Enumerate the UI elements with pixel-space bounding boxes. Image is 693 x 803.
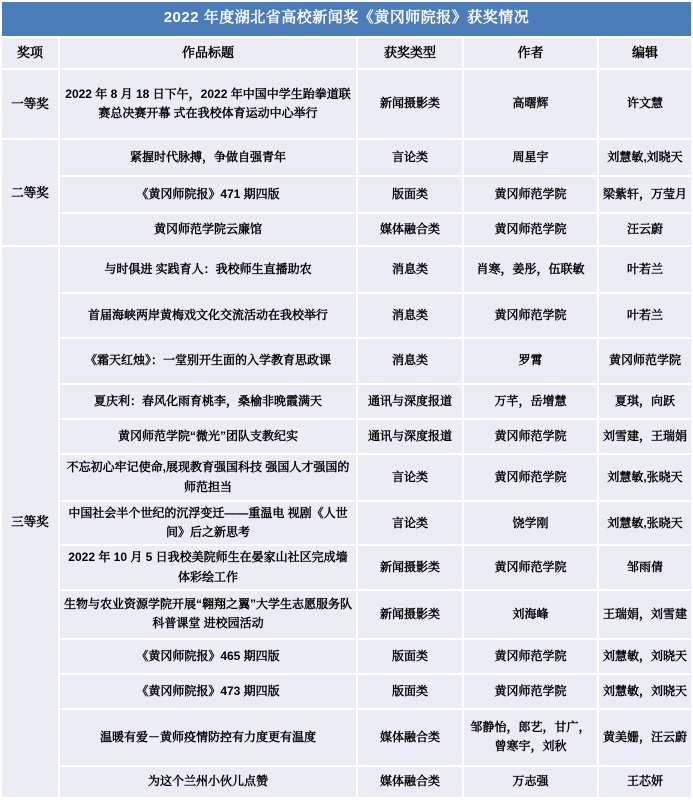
work-title-cell: 夏庆利：春风化雨育桃李，桑榆非晚霞满天 <box>60 385 356 418</box>
work-title-cell: 《霜天红烛》：一堂别开生面的入学教育思政课 <box>60 339 356 383</box>
award-type-cell: 言论类 <box>358 502 462 544</box>
award-type-cell: 版面类 <box>358 177 462 212</box>
col-header-title: 作品标题 <box>60 38 356 68</box>
table-row: 中国社会半个世纪的沉浮变迁——重温电 视剧《人世间》后之新思考言论类饶学刚刘慧敏… <box>2 502 691 544</box>
awards-table: 奖项 作品标题 获奖类型 作者 编辑 一等奖2022 年 8 月 18 日下午，… <box>0 36 693 799</box>
work-title-cell: 中国社会半个世纪的沉浮变迁——重温电 视剧《人世间》后之新思考 <box>60 502 356 544</box>
award-type-cell: 言论类 <box>358 455 462 500</box>
table-row: 黄冈师范学院云廉馆媒体融合类黄冈师范学院汪云蔚 <box>2 214 691 245</box>
author-cell: 邹静怡，郎艺，甘广，曾寒宇，刘秋 <box>464 710 597 765</box>
award-group-cell: 一等奖 <box>2 70 58 138</box>
author-cell: 黄冈师范学院 <box>464 675 597 708</box>
editor-cell: 刘慧敏,张晓天 <box>599 502 691 544</box>
work-title-cell: 2022 年 8 月 18 日下午，2022 年中国中学生跆拳道联赛总决赛开幕 … <box>60 70 356 138</box>
award-type-cell: 通讯与深度报道 <box>358 385 462 418</box>
author-cell: 刘海峰 <box>464 591 597 638</box>
award-group-cell: 三等奖 <box>2 247 58 797</box>
editor-cell: 汪云蔚 <box>599 214 691 245</box>
table-title: 2022 年度湖北省高校新闻奖《黄冈师院报》获奖情况 <box>2 2 691 36</box>
author-cell: 肖寒，姜彤，伍联敏 <box>464 247 597 292</box>
table-row: 温暖有爱－黄师疫情防控有力度更有温度媒体融合类邹静怡，郎艺，甘广，曾寒宇，刘秋黄… <box>2 710 691 765</box>
work-title-cell: 2022 年 10 月 5 日我校美院师生在晏家山社区完成墙体彩绘工作 <box>60 546 356 588</box>
table-row: 首届海峡两岸黄梅戏文化交流活动在我校举行消息类黄冈师范学院叶若兰 <box>2 294 691 337</box>
work-title-cell: 生物与农业资源学院开展“翱翔之翼”大学生志愿服务队科普课堂 进校园活动 <box>60 591 356 638</box>
editor-cell: 刘慧敏，刘晓天 <box>599 640 691 673</box>
work-title-cell: 《黄冈师院报》465 期四版 <box>60 640 356 673</box>
work-title-cell: 《黄冈师院报》473 期四版 <box>60 675 356 708</box>
award-type-cell: 消息类 <box>358 339 462 383</box>
work-title-cell: 首届海峡两岸黄梅戏文化交流活动在我校举行 <box>60 294 356 337</box>
author-cell: 饶学刚 <box>464 502 597 544</box>
award-type-cell: 新闻摄影类 <box>358 70 462 138</box>
author-cell: 黄冈师范学院 <box>464 177 597 212</box>
work-title-cell: 黄冈师范学院“微光”团队支教纪实 <box>60 420 356 453</box>
table-row: 一等奖2022 年 8 月 18 日下午，2022 年中国中学生跆拳道联赛总决赛… <box>2 70 691 138</box>
editor-cell: 刘慧敏,刘晓天 <box>599 140 691 175</box>
editor-cell: 梁紫轩，万莹月 <box>599 177 691 212</box>
editor-cell: 王瑞娟，刘雪建 <box>599 591 691 638</box>
table-row: 为这个兰州小伙儿点赞媒体融合类万志强王芯妍 <box>2 767 691 797</box>
header-row: 奖项 作品标题 获奖类型 作者 编辑 <box>2 38 691 68</box>
award-type-cell: 媒体融合类 <box>358 767 462 797</box>
award-type-cell: 版面类 <box>358 675 462 708</box>
editor-cell: 夏琪，向跃 <box>599 385 691 418</box>
award-type-cell: 消息类 <box>358 294 462 337</box>
author-cell: 黄冈师范学院 <box>464 214 597 245</box>
editor-cell: 王芯妍 <box>599 767 691 797</box>
award-type-cell: 通讯与深度报道 <box>358 420 462 453</box>
table-row: 《黄冈师院报》471 期四版版面类黄冈师范学院梁紫轩，万莹月 <box>2 177 691 212</box>
table-row: 夏庆利：春风化雨育桃李，桑榆非晚霞满天通讯与深度报道万芊，岳增慧夏琪，向跃 <box>2 385 691 418</box>
work-title-cell: 温暖有爱－黄师疫情防控有力度更有温度 <box>60 710 356 765</box>
author-cell: 万志强 <box>464 767 597 797</box>
table-row: 2022 年 10 月 5 日我校美院师生在晏家山社区完成墙体彩绘工作新闻摄影类… <box>2 546 691 588</box>
col-header-author: 作者 <box>464 38 597 68</box>
work-title-cell: 与时俱进 实践育人：我校师生直播助农 <box>60 247 356 292</box>
author-cell: 周星宇 <box>464 140 597 175</box>
award-type-cell: 媒体融合类 <box>358 214 462 245</box>
work-title-cell: 《黄冈师院报》471 期四版 <box>60 177 356 212</box>
page: 2022 年度湖北省高校新闻奖《黄冈师院报》获奖情况 奖项 作品标题 获奖类型 … <box>0 2 693 799</box>
work-title-cell: 为这个兰州小伙儿点赞 <box>60 767 356 797</box>
table-row: 二等奖紧握时代脉搏，争做自强青年言论类周星宇刘慧敏,刘晓天 <box>2 140 691 175</box>
editor-cell: 黄美姗，汪云蔚 <box>599 710 691 765</box>
award-type-cell: 媒体融合类 <box>358 710 462 765</box>
col-header-type: 获奖类型 <box>358 38 462 68</box>
table-row: 生物与农业资源学院开展“翱翔之翼”大学生志愿服务队科普课堂 进校园活动新闻摄影类… <box>2 591 691 638</box>
award-group-cell: 二等奖 <box>2 140 58 245</box>
editor-cell: 刘雪建，王瑞娟 <box>599 420 691 453</box>
award-type-cell: 版面类 <box>358 640 462 673</box>
editor-cell: 许文慧 <box>599 70 691 138</box>
author-cell: 黄冈师范学院 <box>464 294 597 337</box>
editor-cell: 叶若兰 <box>599 247 691 292</box>
table-row: 《黄冈师院报》473 期四版版面类黄冈师范学院刘慧敏，刘晓天 <box>2 675 691 708</box>
table-row: 《黄冈师院报》465 期四版版面类黄冈师范学院刘慧敏，刘晓天 <box>2 640 691 673</box>
work-title-cell: 黄冈师范学院云廉馆 <box>60 214 356 245</box>
editor-cell: 刘慧敏,张晓天 <box>599 455 691 500</box>
author-cell: 高曙辉 <box>464 70 597 138</box>
award-type-cell: 消息类 <box>358 247 462 292</box>
author-cell: 黄冈师范学院 <box>464 546 597 588</box>
award-type-cell: 新闻摄影类 <box>358 591 462 638</box>
work-title-cell: 紧握时代脉搏，争做自强青年 <box>60 140 356 175</box>
author-cell: 万芊，岳增慧 <box>464 385 597 418</box>
author-cell: 黄冈师范学院 <box>464 640 597 673</box>
award-type-cell: 言论类 <box>358 140 462 175</box>
col-header-editor: 编辑 <box>599 38 691 68</box>
work-title-cell: 不忘初心牢记使命,展现教育强国科技 强国人才强国的师范担当 <box>60 455 356 500</box>
col-header-award: 奖项 <box>2 38 58 68</box>
table-row: 黄冈师范学院“微光”团队支教纪实通讯与深度报道黄冈师范学院刘雪建，王瑞娟 <box>2 420 691 453</box>
award-type-cell: 新闻摄影类 <box>358 546 462 588</box>
editor-cell: 刘慧敏，刘晓天 <box>599 675 691 708</box>
editor-cell: 邹雨倩 <box>599 546 691 588</box>
editor-cell: 黄冈师范学院 <box>599 339 691 383</box>
author-cell: 黄冈师范学院 <box>464 420 597 453</box>
table-row: 三等奖与时俱进 实践育人：我校师生直播助农消息类肖寒，姜彤，伍联敏叶若兰 <box>2 247 691 292</box>
table-row: 《霜天红烛》：一堂别开生面的入学教育思政课消息类罗霄黄冈师范学院 <box>2 339 691 383</box>
editor-cell: 叶若兰 <box>599 294 691 337</box>
author-cell: 罗霄 <box>464 339 597 383</box>
author-cell: 黄冈师范学院 <box>464 455 597 500</box>
table-row: 不忘初心牢记使命,展现教育强国科技 强国人才强国的师范担当言论类黄冈师范学院刘慧… <box>2 455 691 500</box>
